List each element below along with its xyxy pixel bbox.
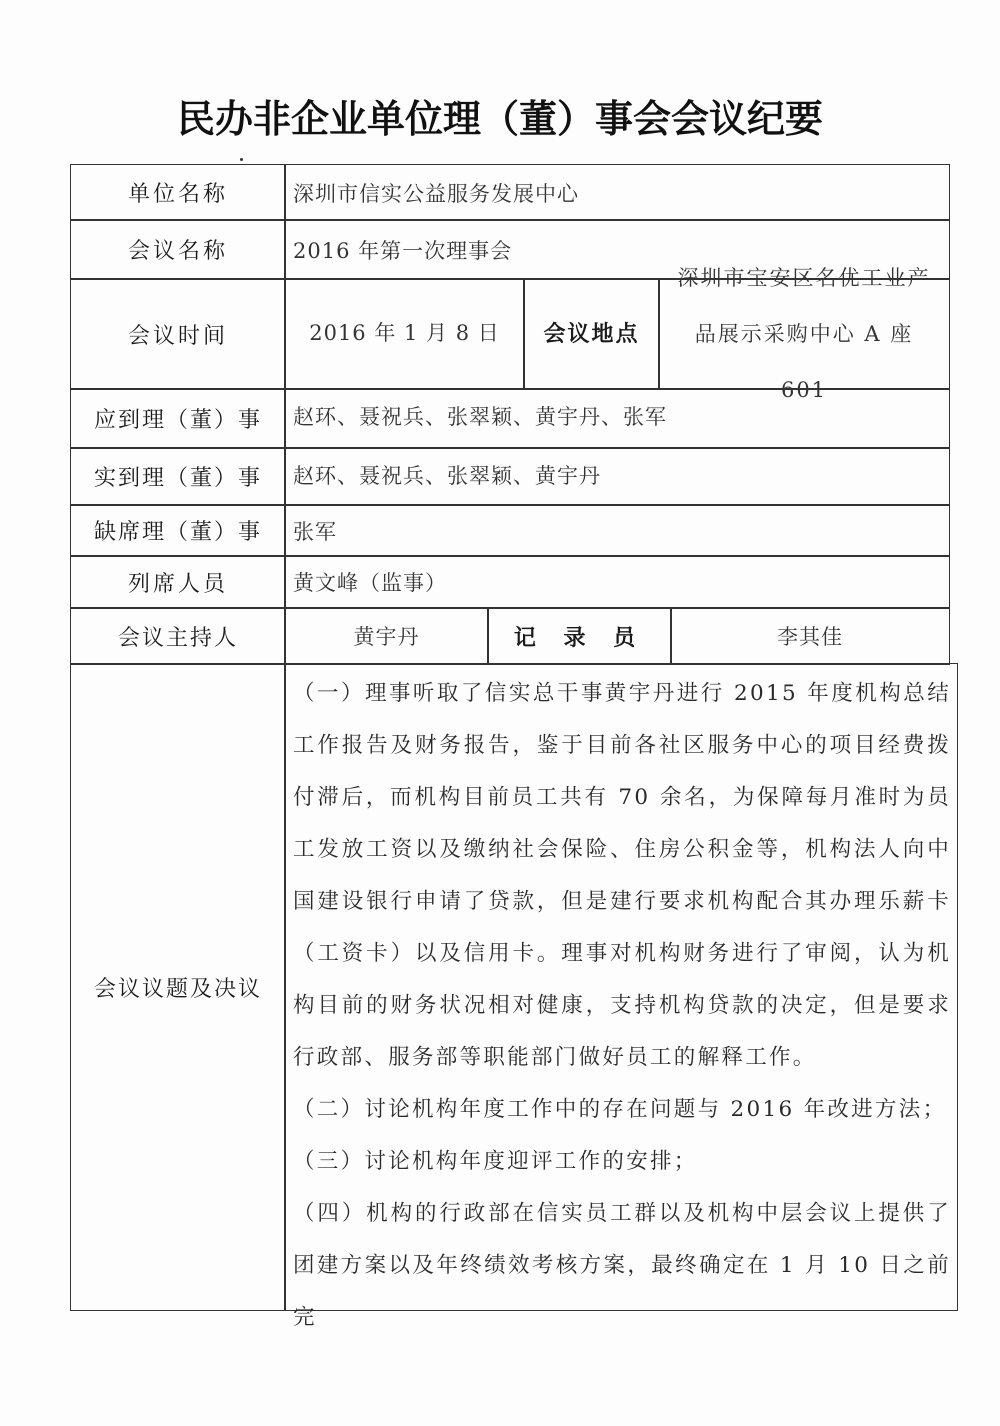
agenda-content: （一）理事听取了信实总干事黄宇丹进行 2015 年度机构总结工作报告及财务报告，… bbox=[284, 663, 958, 1311]
absent-directors-label-text: 缺席理（董）事 bbox=[94, 515, 262, 546]
agenda-text: （一）理事听取了信实总干事黄宇丹进行 2015 年度机构总结工作报告及财务报告，… bbox=[293, 668, 951, 1344]
recorder-label-text: 记 录 员 bbox=[514, 621, 645, 652]
attendees-label-text: 列席人员 bbox=[128, 567, 228, 598]
unit-name-label-text: 单位名称 bbox=[128, 177, 228, 208]
actual-directors-text: 赵环、聂祝兵、张翠颖、黄宇丹 bbox=[293, 460, 601, 490]
document-title: 民办非企业单位理（董）事会会议纪要 bbox=[0, 88, 1000, 143]
host-value: 黄宇丹 bbox=[284, 607, 489, 665]
attendees-label: 列席人员 bbox=[70, 555, 286, 609]
meeting-location-label: 会议地点 bbox=[523, 278, 660, 390]
unit-name-label: 单位名称 bbox=[70, 164, 286, 221]
absent-directors-value: 张军 bbox=[284, 504, 950, 557]
agenda-item-4: （四）机构的行政部在信实员工群以及机构中层会议上提供了团建方案以及年终绩效考核方… bbox=[293, 1188, 951, 1344]
meeting-time-value: 2016 年 1 月 8 日 bbox=[284, 278, 525, 390]
actual-directors-value: 赵环、聂祝兵、张翠颖、黄宇丹 bbox=[284, 447, 950, 506]
meeting-name-label: 会议名称 bbox=[70, 219, 286, 280]
absent-directors-label: 缺席理（董）事 bbox=[70, 504, 286, 557]
absent-directors-text: 张军 bbox=[293, 516, 337, 546]
location-line-1: 深圳市宝安区名优工业产 bbox=[678, 250, 931, 306]
agenda-item-3: （三）讨论机构年度迎评工作的安排； bbox=[293, 1136, 951, 1188]
attendees-value: 黄文峰（监事） bbox=[284, 555, 950, 609]
agenda-label-text: 会议议题及决议 bbox=[94, 972, 262, 1003]
expected-directors-text: 赵环、聂祝兵、张翠颖、黄宇丹、张军 bbox=[293, 401, 667, 431]
host-text: 黄宇丹 bbox=[354, 621, 420, 651]
meeting-name-label-text: 会议名称 bbox=[128, 234, 228, 265]
recorder-label: 记 录 员 bbox=[487, 607, 672, 665]
meeting-location-label-text: 会议地点 bbox=[543, 317, 639, 348]
meeting-name-text: 2016 年第一次理事会 bbox=[293, 235, 512, 265]
meeting-time-label-text: 会议时间 bbox=[128, 319, 228, 350]
unit-name-value: 深圳市信实公益服务发展中心 bbox=[284, 164, 950, 221]
host-label: 会议主持人 bbox=[70, 607, 286, 665]
expected-directors-value: 赵环、聂祝兵、张翠颖、黄宇丹、张军 bbox=[284, 388, 950, 449]
actual-directors-label: 实到理（董）事 bbox=[70, 447, 286, 506]
agenda-item-2: （二）讨论机构年度工作中的存在问题与 2016 年改进方法； bbox=[293, 1084, 951, 1136]
scan-speck bbox=[240, 158, 243, 161]
agenda-label: 会议议题及决议 bbox=[70, 663, 286, 1311]
agenda-item-1: （一）理事听取了信实总干事黄宇丹进行 2015 年度机构总结工作报告及财务报告，… bbox=[293, 668, 951, 1084]
unit-name-text: 深圳市信实公益服务发展中心 bbox=[293, 178, 579, 208]
meeting-time-label: 会议时间 bbox=[70, 278, 286, 390]
meeting-time-text: 2016 年 1 月 8 日 bbox=[309, 317, 500, 347]
meeting-location-value: 深圳市宝安区名优工业产 品展示采购中心 A 座 601 bbox=[658, 278, 950, 390]
recorder-text: 李其佳 bbox=[777, 621, 843, 651]
attendees-text: 黄文峰（监事） bbox=[293, 567, 447, 597]
recorder-value: 李其佳 bbox=[670, 607, 950, 665]
expected-directors-label: 应到理（董）事 bbox=[70, 388, 286, 449]
expected-directors-label-text: 应到理（董）事 bbox=[94, 403, 262, 434]
host-label-text: 会议主持人 bbox=[118, 621, 238, 652]
actual-directors-label-text: 实到理（董）事 bbox=[94, 461, 262, 492]
